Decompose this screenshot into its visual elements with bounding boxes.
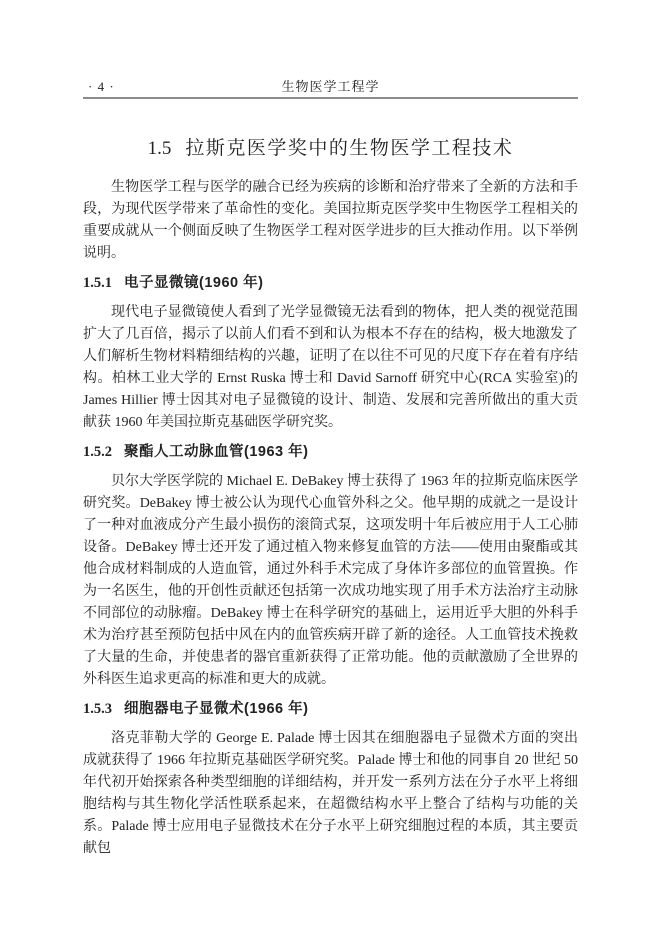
page-header: · 4 · 生物医学工程学 — [83, 79, 578, 94]
chapter-title: 1.5拉斯克医学奖中的生物医学工程技术 — [83, 135, 578, 163]
section-body-1-5-3: 洛克菲勒大学的 George E. Palade 博士因其在细胞器电子显微术方面… — [83, 728, 578, 860]
section-body-1-5-1: 现代电子显微镜使人看到了光学显微镜无法看到的物体，把人类的视觉范围扩大了几百倍，… — [83, 302, 578, 434]
section-body-1-5-2: 贝尔大学医学院的 Michael E. DeBakey 博士获得了 1963 年… — [83, 471, 578, 691]
section-title: 电子显微镜(1960 年) — [124, 275, 263, 291]
running-title: 生物医学工程学 — [83, 79, 578, 94]
section-title: 聚酯人工动脉血管(1963 年) — [124, 444, 308, 460]
section-number: 1.5.3 — [83, 701, 112, 717]
document-page: · 4 · 生物医学工程学 1.5拉斯克医学奖中的生物医学工程技术 生物医学工程… — [0, 0, 661, 925]
section-number: 1.5.2 — [83, 444, 112, 460]
intro-paragraph: 生物医学工程与医学的融合已经为疾病的诊断和治疗带来了全新的方法和手段，为现代医学… — [83, 177, 578, 265]
chapter-title-number: 1.5 — [148, 138, 172, 159]
section-title: 细胞器电子显微术(1966 年) — [124, 701, 308, 717]
section-heading-1-5-1: 1.5.1电子显微镜(1960 年) — [83, 273, 578, 293]
section-number: 1.5.1 — [83, 275, 112, 291]
section-heading-1-5-3: 1.5.3细胞器电子显微术(1966 年) — [83, 699, 578, 719]
page-number: · 4 · — [88, 79, 115, 94]
chapter-title-text: 拉斯克医学奖中的生物医学工程技术 — [185, 138, 513, 159]
header-rule — [83, 97, 578, 99]
section-heading-1-5-2: 1.5.2聚酯人工动脉血管(1963 年) — [83, 442, 578, 462]
